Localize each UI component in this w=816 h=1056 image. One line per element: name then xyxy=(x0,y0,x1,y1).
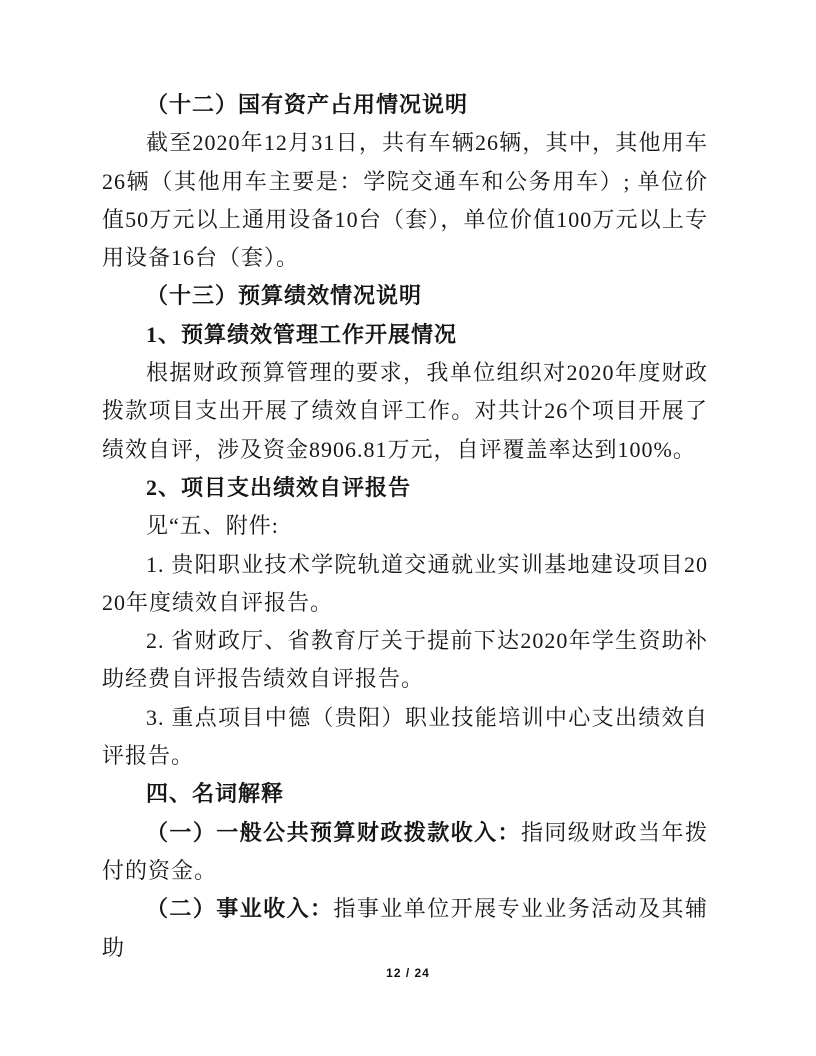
subsection-heading-2: 2、项目支出绩效自评报告 xyxy=(102,469,708,507)
performance-management-paragraph: 根据财政预算管理的要求，我单位组织对2020年度财政拨款项目支出开展了绩效自评工… xyxy=(102,354,708,469)
document-body: （十二）国有资产占用情况说明截至2020年12月31日，共有车辆26辆，其中，其… xyxy=(102,86,708,967)
attachment-intro-line: 见“五、附件: xyxy=(102,507,708,545)
page-number: 12 / 24 xyxy=(0,966,816,980)
attachment-item-2: 2. 省财政厅、省教育厅关于提前下达2020年学生资助补助经费自评报告绩效自评报… xyxy=(102,622,708,699)
subsection-heading-1: 1、预算绩效管理工作开展情况 xyxy=(102,316,708,354)
asset-occupancy-paragraph: 截至2020年12月31日，共有车辆26辆，其中，其他用车26辆（其他用车主要是… xyxy=(102,124,708,277)
term-label: （二）事业收入： xyxy=(146,896,333,921)
section-heading-13: （十三）预算绩效情况说明 xyxy=(102,277,708,315)
term-label: （一）一般公共预算财政拨款收入： xyxy=(146,820,521,845)
section-heading-4-glossary: 四、名词解释 xyxy=(102,775,708,813)
attachment-item-3: 3. 重点项目中德（贵阳）职业技能培训中心支出绩效自评报告。 xyxy=(102,699,708,776)
attachment-item-1: 1. 贵阳职业技术学院轨道交通就业实训基地建设项目2020年度绩效自评报告。 xyxy=(102,546,708,623)
glossary-term-2: （二）事业收入：指事业单位开展专业业务活动及其辅助 xyxy=(102,890,708,967)
document-page: （十二）国有资产占用情况说明截至2020年12月31日，共有车辆26辆，其中，其… xyxy=(0,0,816,1056)
section-heading-12: （十二）国有资产占用情况说明 xyxy=(102,86,708,124)
glossary-term-1: （一）一般公共预算财政拨款收入：指同级财政当年拨付的资金。 xyxy=(102,814,708,891)
